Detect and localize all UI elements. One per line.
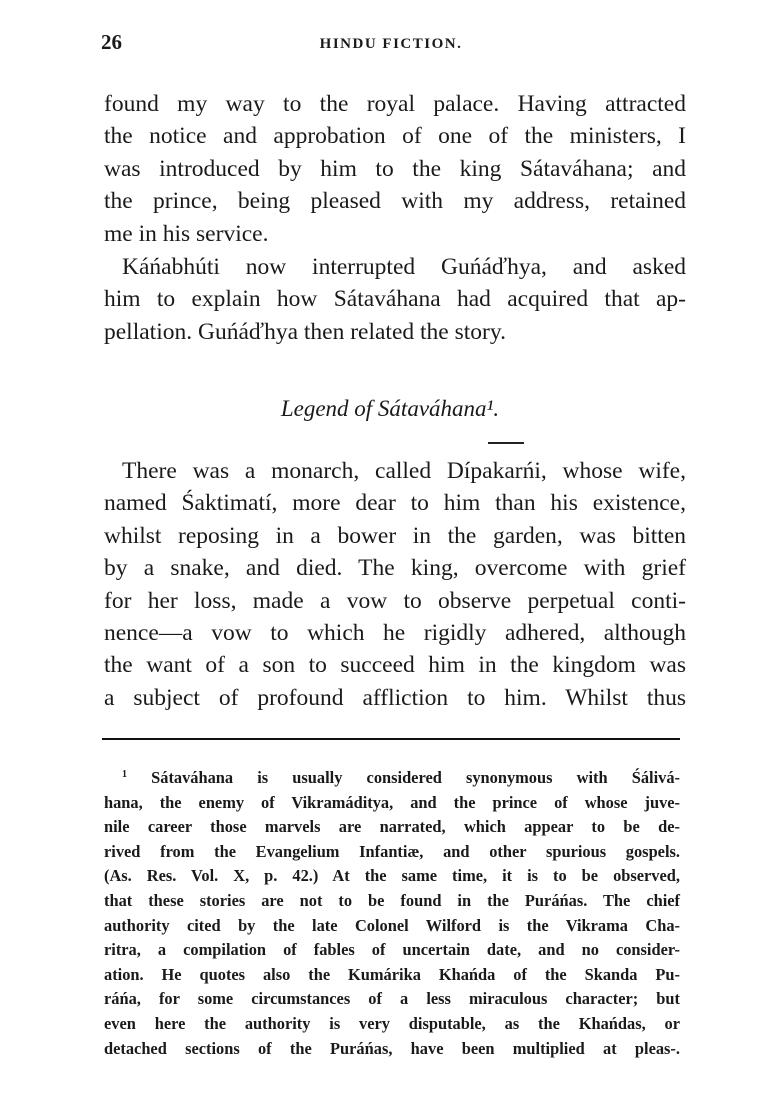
footnote-line: hana, the enemy of Vikramáditya, and the… <box>104 791 680 816</box>
footnote-line: authority cited by the late Colonel Wilf… <box>104 914 680 939</box>
paragraph-1: found my way to the royal palace. Having… <box>104 88 686 250</box>
book-page: 26 HINDU FICTION. found my way to the ro… <box>0 0 780 1108</box>
page-header: 26 HINDU FICTION. <box>101 24 681 64</box>
section-heading: Legend of Sátaváhana¹. <box>0 396 780 422</box>
footnote-line: nile career those marvels are narrated, … <box>104 815 680 840</box>
footnote-line: 1 Sátaváhana is usually considered synon… <box>104 763 680 791</box>
footnote-line: (As. Res. Vol. X, p. 42.) At the same ti… <box>104 864 680 889</box>
footnote-line: that these stories are not to be found i… <box>104 889 680 914</box>
heading-rule <box>488 442 524 444</box>
footnote-marker: 1 <box>122 769 127 780</box>
text-line: named Śaktimatí, more dear to him than h… <box>104 487 686 519</box>
text-line: pellation. Guńáďhya then related the sto… <box>104 316 686 348</box>
footnote-divider <box>102 738 680 740</box>
text-line: the prince, being pleased with my addres… <box>104 185 686 217</box>
text-line: There was a monarch, called Dípakarńi, w… <box>104 455 686 487</box>
text-line: the want of a son to succeed him in the … <box>104 649 686 681</box>
footnote: 1 Sátaváhana is usually considered synon… <box>104 763 680 1061</box>
text-line: me in his service. <box>104 218 686 250</box>
text-line: him to explain how Sátaváhana had acquir… <box>104 283 686 315</box>
footnote-line: ráńa, for some circumstances of a less m… <box>104 987 680 1012</box>
text-line: whilst reposing in a bower in the garden… <box>104 520 686 552</box>
text-line: a subject of profound affliction to him.… <box>104 682 686 714</box>
footnote-text: Sátaváhana is usually considered synonym… <box>151 768 680 787</box>
footnote-line: ation. He quotes also the Kumárika Khańd… <box>104 963 680 988</box>
text-line: Káńabhúti now interrupted Guńáďhya, and … <box>104 251 686 283</box>
footnote-line: rived from the Evangelium Infantiæ, and … <box>104 840 680 865</box>
running-head: HINDU FICTION. <box>101 36 681 53</box>
footnote-line: detached sections of the Puráńas, have b… <box>104 1037 680 1062</box>
footnote-line: even here the authority is very disputab… <box>104 1012 680 1037</box>
text-line: for her loss, made a vow to observe perp… <box>104 585 686 617</box>
text-line: was introduced by him to the king Sátavá… <box>104 153 686 185</box>
text-line: the notice and approbation of one of the… <box>104 120 686 152</box>
text-line: found my way to the royal palace. Having… <box>104 88 686 120</box>
footnote-line: ritra, a compilation of fables of uncert… <box>104 938 680 963</box>
paragraph-2: Káńabhúti now interrupted Guńáďhya, and … <box>104 251 686 348</box>
text-line: nence—a vow to which he rigidly adhered,… <box>104 617 686 649</box>
text-line: by a snake, and died. The king, overcome… <box>104 552 686 584</box>
paragraph-3: There was a monarch, called Dípakarńi, w… <box>104 455 686 714</box>
